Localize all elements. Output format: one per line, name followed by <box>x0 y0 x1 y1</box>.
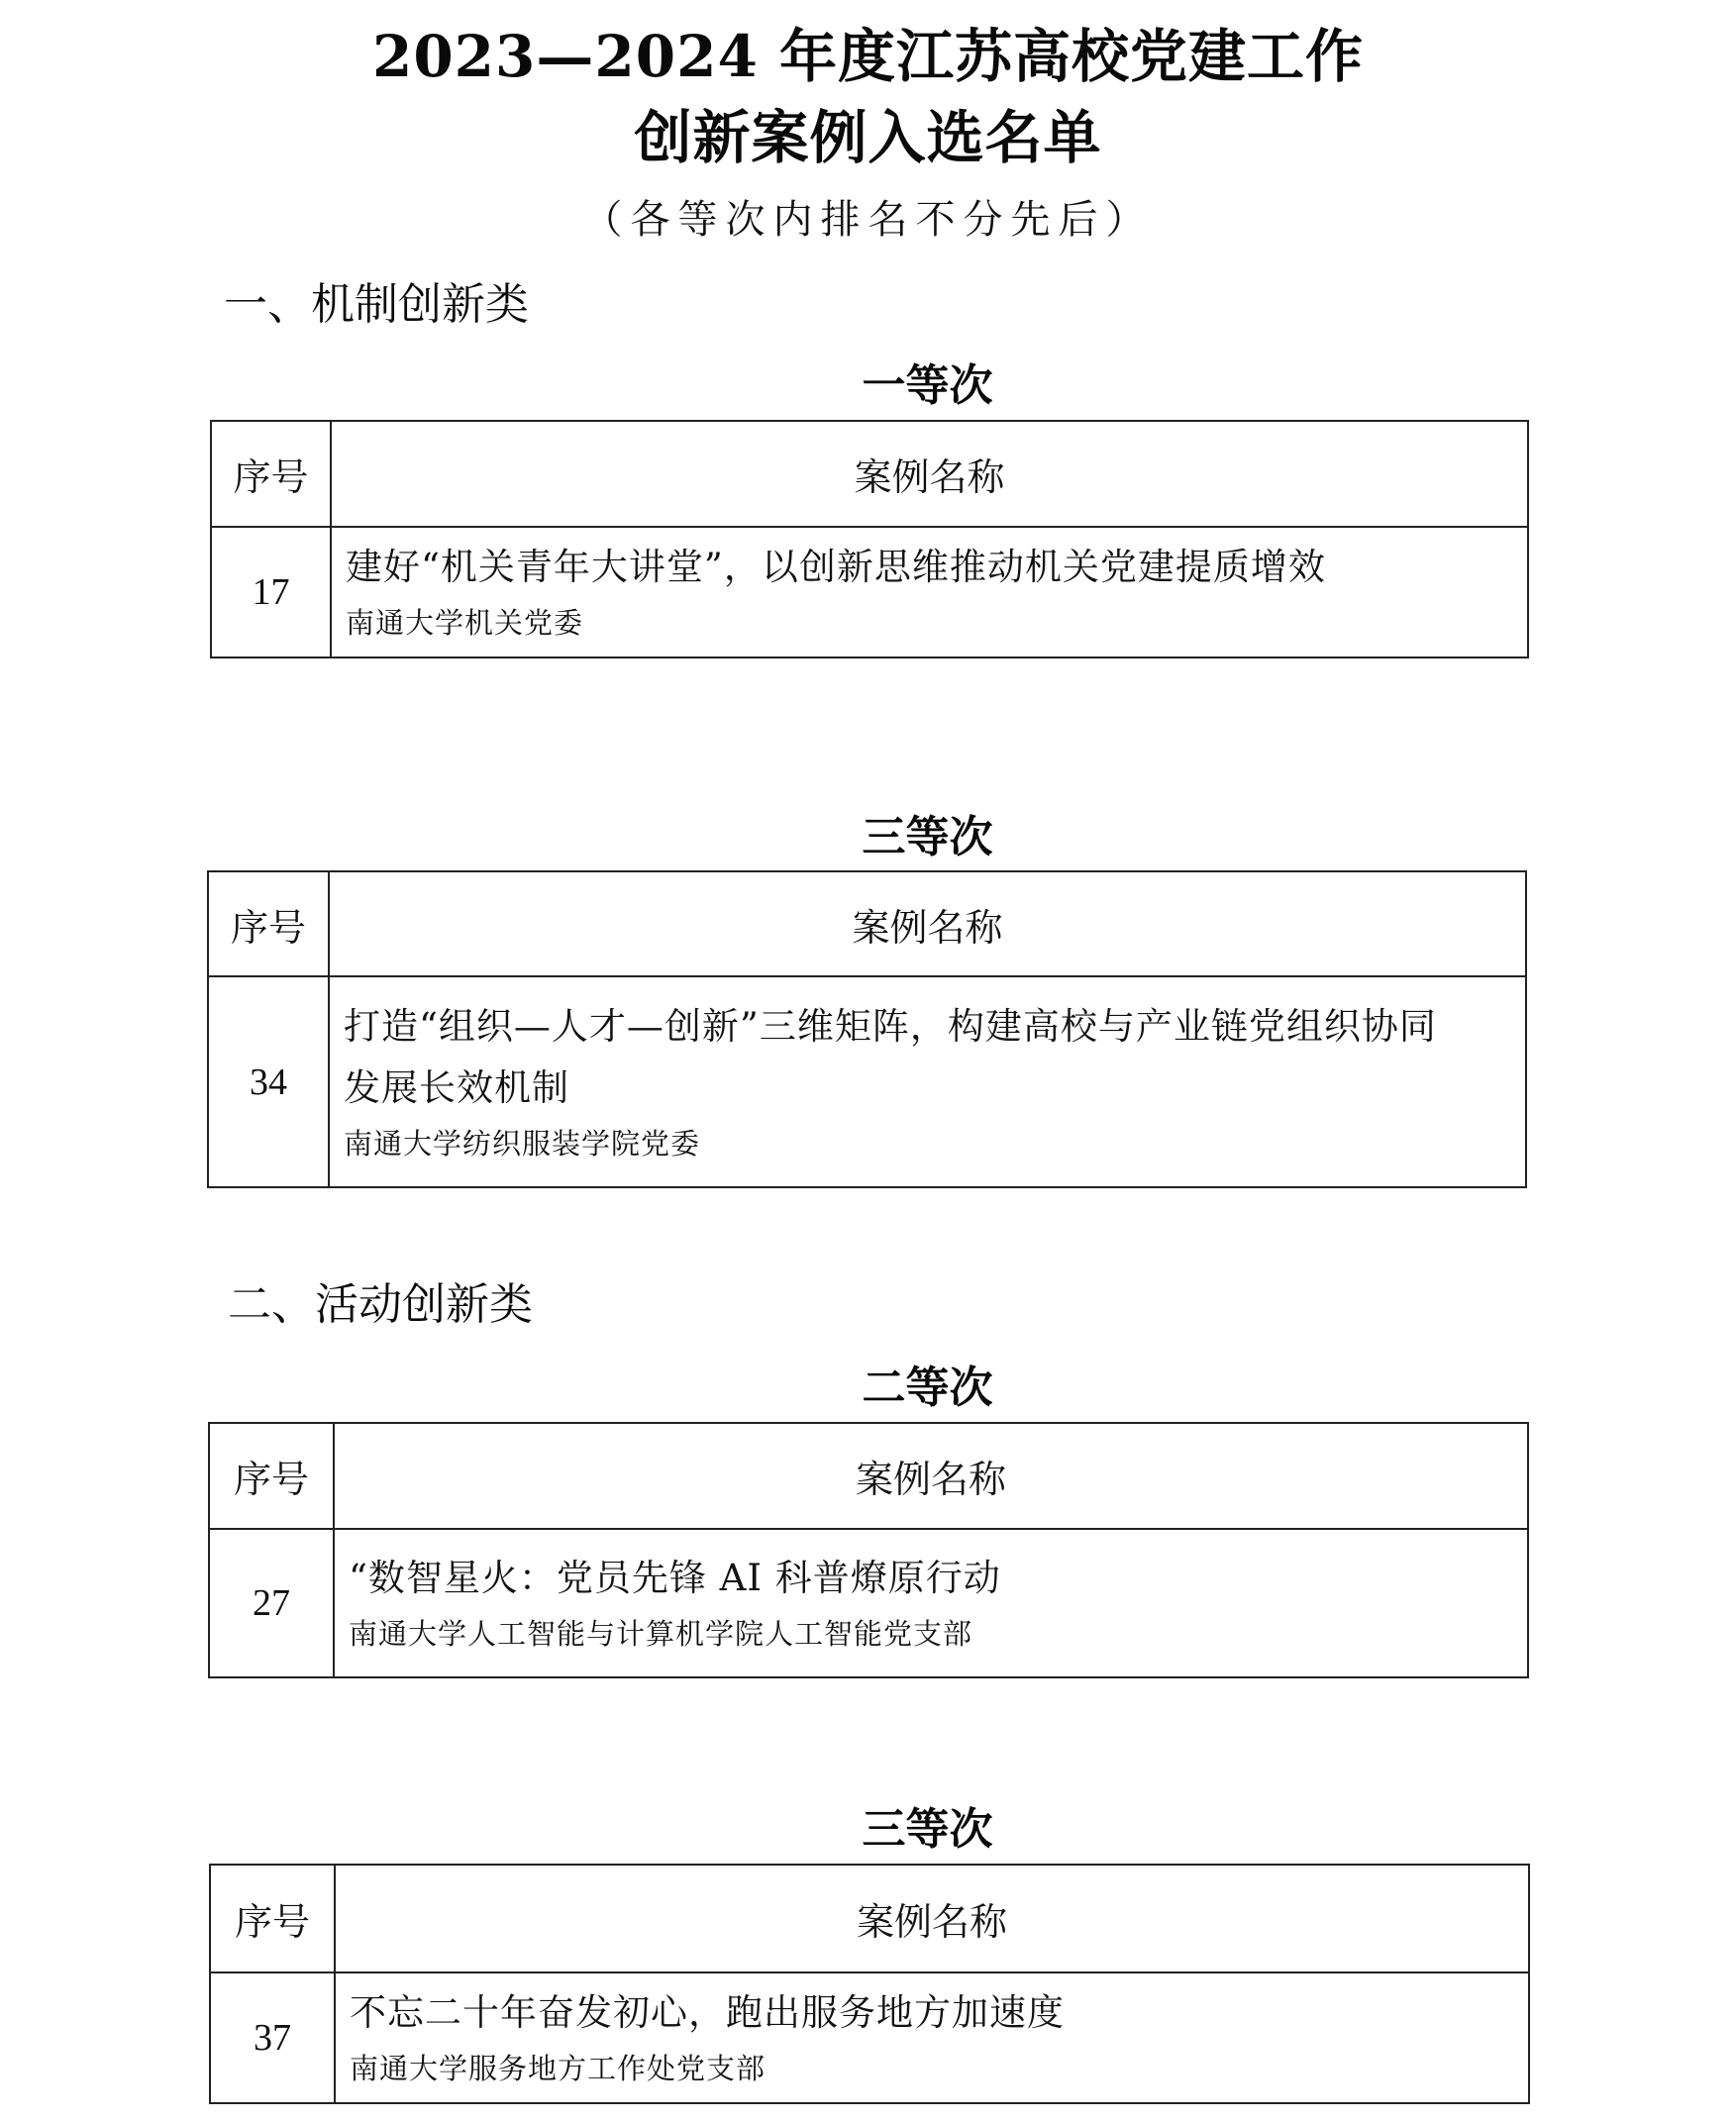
table-header-row: 序号 案例名称 <box>211 421 1528 527</box>
case-title-line-2: 发展长效机制 <box>344 1058 1525 1119</box>
award-table-mechanism-third: 序号 案例名称 34 打造“组织—人才—创新”三维矩阵，构建高校与产业链党组织协… <box>207 870 1527 1188</box>
table-header-row: 序号 案例名称 <box>208 871 1526 976</box>
case-unit: 南通大学服务地方工作处党支部 <box>350 2044 1528 2093</box>
document-subtitle: （各等次内排名不分先后） <box>0 194 1736 246</box>
table-row: 27 “数智星火：党员先锋 AI 科普燎原行动 南通大学人工智能与计算机学院人工… <box>209 1529 1528 1677</box>
header-number: 序号 <box>208 871 329 976</box>
header-number: 序号 <box>209 1423 334 1529</box>
grade-heading-third: 三等次 <box>0 810 1736 865</box>
award-table-activity-second: 序号 案例名称 27 “数智星火：党员先锋 AI 科普燎原行动 南通大学人工智能… <box>208 1422 1529 1678</box>
grade-heading-second: 二等次 <box>0 1361 1736 1416</box>
case-unit: 南通大学机关党委 <box>346 598 1527 648</box>
table-row: 17 建好“机关青年大讲堂”，以创新思维推动机关党建提质增效 南通大学机关党委 <box>211 527 1528 657</box>
header-case-name: 案例名称 <box>331 421 1528 527</box>
case-number: 27 <box>209 1529 334 1677</box>
header-number: 序号 <box>210 1865 335 1972</box>
case-cell: 建好“机关青年大讲堂”，以创新思维推动机关党建提质增效 南通大学机关党委 <box>331 527 1528 657</box>
case-cell: 打造“组织—人才—创新”三维矩阵，构建高校与产业链党组织协同 发展长效机制 南通… <box>329 976 1526 1187</box>
case-unit: 南通大学人工智能与计算机学院人工智能党支部 <box>349 1609 1527 1659</box>
case-title: “数智星火：党员先锋 AI 科普燎原行动 <box>349 1548 1527 1609</box>
case-number: 17 <box>211 527 331 657</box>
section-heading-activity-innovation: 二、活动创新类 <box>228 1277 533 1333</box>
case-title-line-1: 打造“组织—人才—创新”三维矩阵，构建高校与产业链党组织协同 <box>344 996 1525 1058</box>
table-row: 34 打造“组织—人才—创新”三维矩阵，构建高校与产业链党组织协同 发展长效机制… <box>208 976 1526 1187</box>
case-cell: 不忘二十年奋发初心，跑出服务地方加速度 南通大学服务地方工作处党支部 <box>335 1972 1529 2103</box>
case-title: 不忘二十年奋发初心，跑出服务地方加速度 <box>350 1982 1528 2044</box>
case-number: 37 <box>210 1972 335 2103</box>
case-unit: 南通大学纺织服装学院党委 <box>344 1119 1525 1168</box>
table-header-row: 序号 案例名称 <box>210 1865 1529 1972</box>
header-case-name: 案例名称 <box>334 1423 1528 1529</box>
grade-heading-first: 一等次 <box>0 358 1736 414</box>
header-case-name: 案例名称 <box>335 1865 1529 1972</box>
header-case-name: 案例名称 <box>329 871 1526 976</box>
table-row: 37 不忘二十年奋发初心，跑出服务地方加速度 南通大学服务地方工作处党支部 <box>210 1972 1529 2103</box>
award-table-mechanism-first: 序号 案例名称 17 建好“机关青年大讲堂”，以创新思维推动机关党建提质增效 南… <box>210 420 1529 658</box>
table-header-row: 序号 案例名称 <box>209 1423 1528 1529</box>
case-cell: “数智星火：党员先锋 AI 科普燎原行动 南通大学人工智能与计算机学院人工智能党… <box>334 1529 1528 1677</box>
grade-heading-third: 三等次 <box>0 1802 1736 1858</box>
case-number: 34 <box>208 976 329 1187</box>
header-number: 序号 <box>211 421 331 527</box>
case-title: 建好“机关青年大讲堂”，以创新思维推动机关党建提质增效 <box>346 537 1527 598</box>
section-heading-mechanism-innovation: 一、机制创新类 <box>224 277 529 333</box>
document-title-line-1: 2023—2024 年度江苏高校党建工作 <box>0 22 1736 91</box>
award-table-activity-third: 序号 案例名称 37 不忘二十年奋发初心，跑出服务地方加速度 南通大学服务地方工… <box>209 1864 1530 2104</box>
document-title-line-2: 创新案例入选名单 <box>0 103 1736 172</box>
